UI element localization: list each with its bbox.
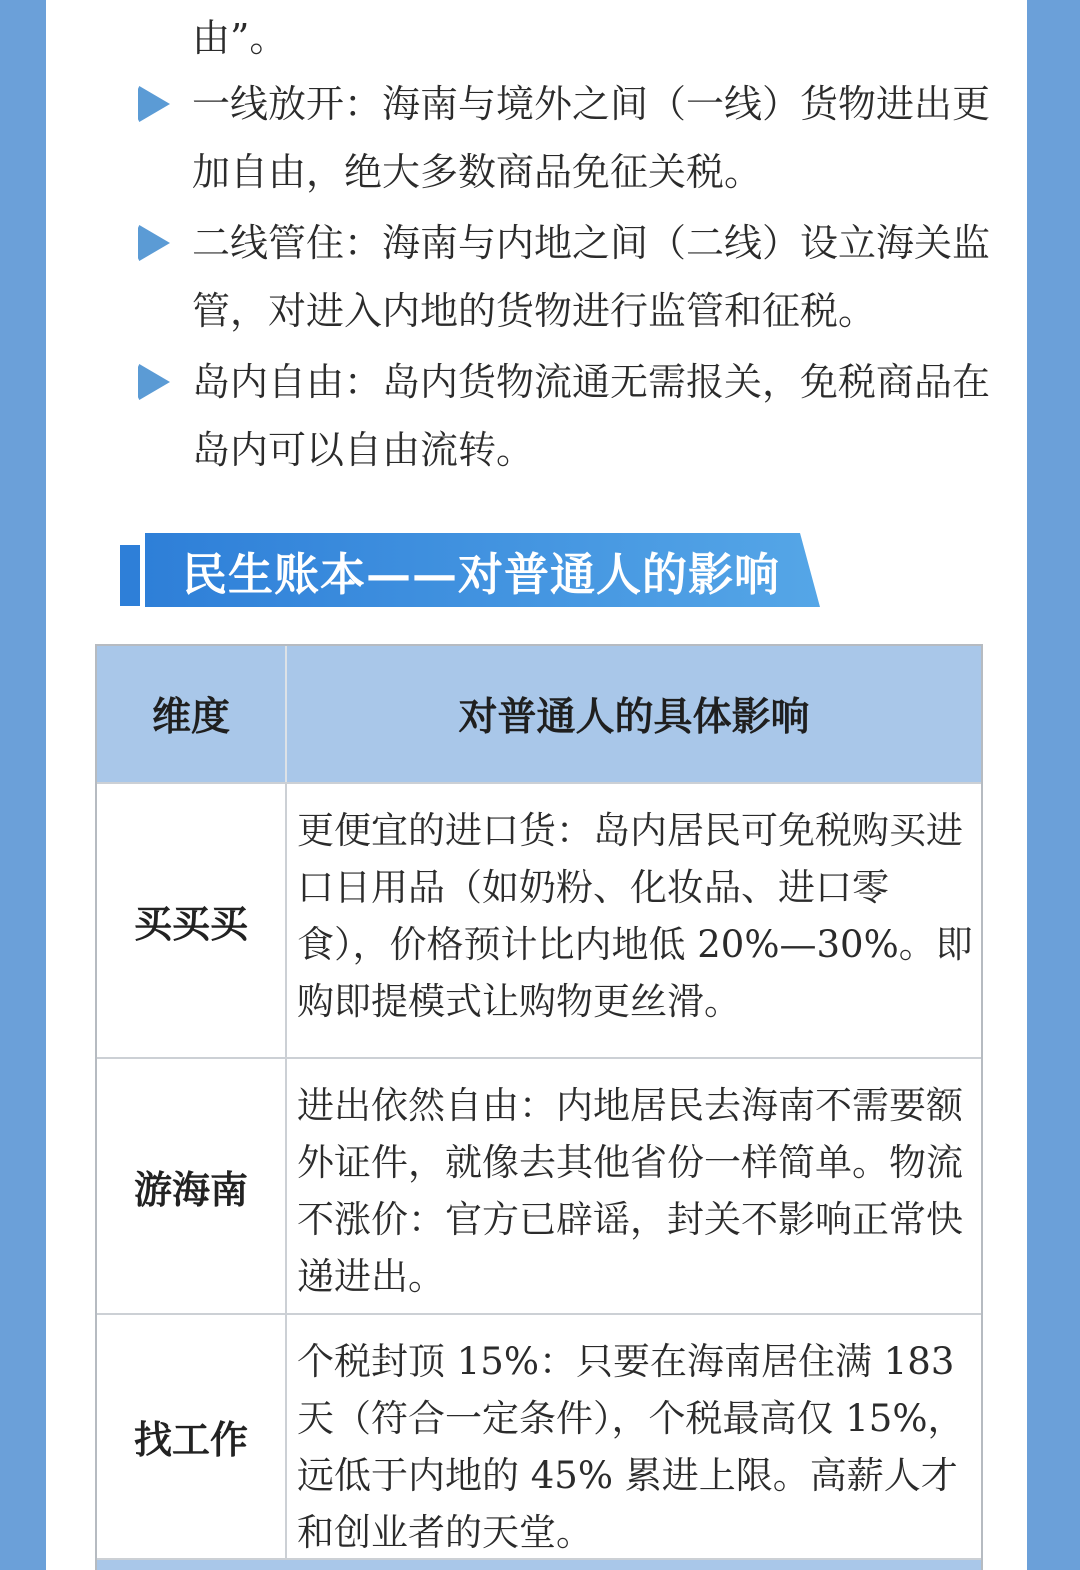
bullet-marker-column [138,70,192,206]
triangle-bullet-icon [138,225,170,261]
section-title: 民生账本——对普通人的影响 [182,538,780,603]
triangle-bullet-icon [138,364,170,400]
intro-continuation-text: 由”。 [192,4,990,72]
left-edge-bar [0,0,46,1570]
bullet-item-text: 一线放开：海南与境外之间（一线）货物进出更加自由，绝大多数商品免征关税。 [192,70,990,206]
dimension-cell: 找工作 [97,1315,287,1558]
policy-bullet-list: 一线放开：海南与境外之间（一线）货物进出更加自由，绝大多数商品免征关税。 二线管… [138,70,994,487]
bullet-item-text: 二线管住：海南与内地之间（二线）设立海关监管，对进入内地的货物进行监管和征税。 [192,209,990,345]
column-header-impact: 对普通人的具体影响 [287,646,981,782]
bullet-item: 岛内自由：岛内货物流通无需报关，免税商品在岛内可以自由流转。 [138,348,994,484]
section-accent-bar [120,545,140,606]
dimension-cell: 游海南 [97,1059,287,1313]
table-row: 游海南 进出依然自由：内地居民去海南不需要额外证件，就像去其他省份一样简单。物流… [97,1057,981,1313]
bullet-marker-column [138,209,192,345]
bullet-item: 二线管住：海南与内地之间（二线）设立海关监管，对进入内地的货物进行监管和征税。 [138,209,994,345]
impact-cell: 进出依然自由：内地居民去海南不需要额外证件，就像去其他省份一样简单。物流不涨价：… [287,1059,981,1313]
impact-table: 维度 对普通人的具体影响 买买买 更便宜的进口货：岛内居民可免税购买进口日用品（… [95,644,983,1570]
section-banner: 民生账本——对普通人的影响 [145,533,820,607]
right-edge-bar [1027,0,1080,1570]
impact-cell: 个税封顶 15%：只要在海南居住满 183 天（符合一定条件），个税最高仅 15… [287,1315,981,1558]
bullet-item: 一线放开：海南与境外之间（一线）货物进出更加自由，绝大多数商品免征关税。 [138,70,994,206]
triangle-bullet-icon [138,86,170,122]
bullet-item-text: 岛内自由：岛内货物流通无需报关，免税商品在岛内可以自由流转。 [192,348,990,484]
table-row: 买买买 更便宜的进口货：岛内居民可免税购买进口日用品（如奶粉、化妆品、进口零食）… [97,782,981,1057]
bullet-marker-column [138,348,192,484]
impact-cell: 更便宜的进口货：岛内居民可免税购买进口日用品（如奶粉、化妆品、进口零食），价格预… [287,784,981,1057]
table-row: 找工作 个税封顶 15%：只要在海南居住满 183 天（符合一定条件），个税最高… [97,1313,981,1558]
dimension-cell: 买买买 [97,784,287,1057]
column-header-dimension: 维度 [97,646,287,782]
table-header-row: 维度 对普通人的具体影响 [97,646,981,782]
